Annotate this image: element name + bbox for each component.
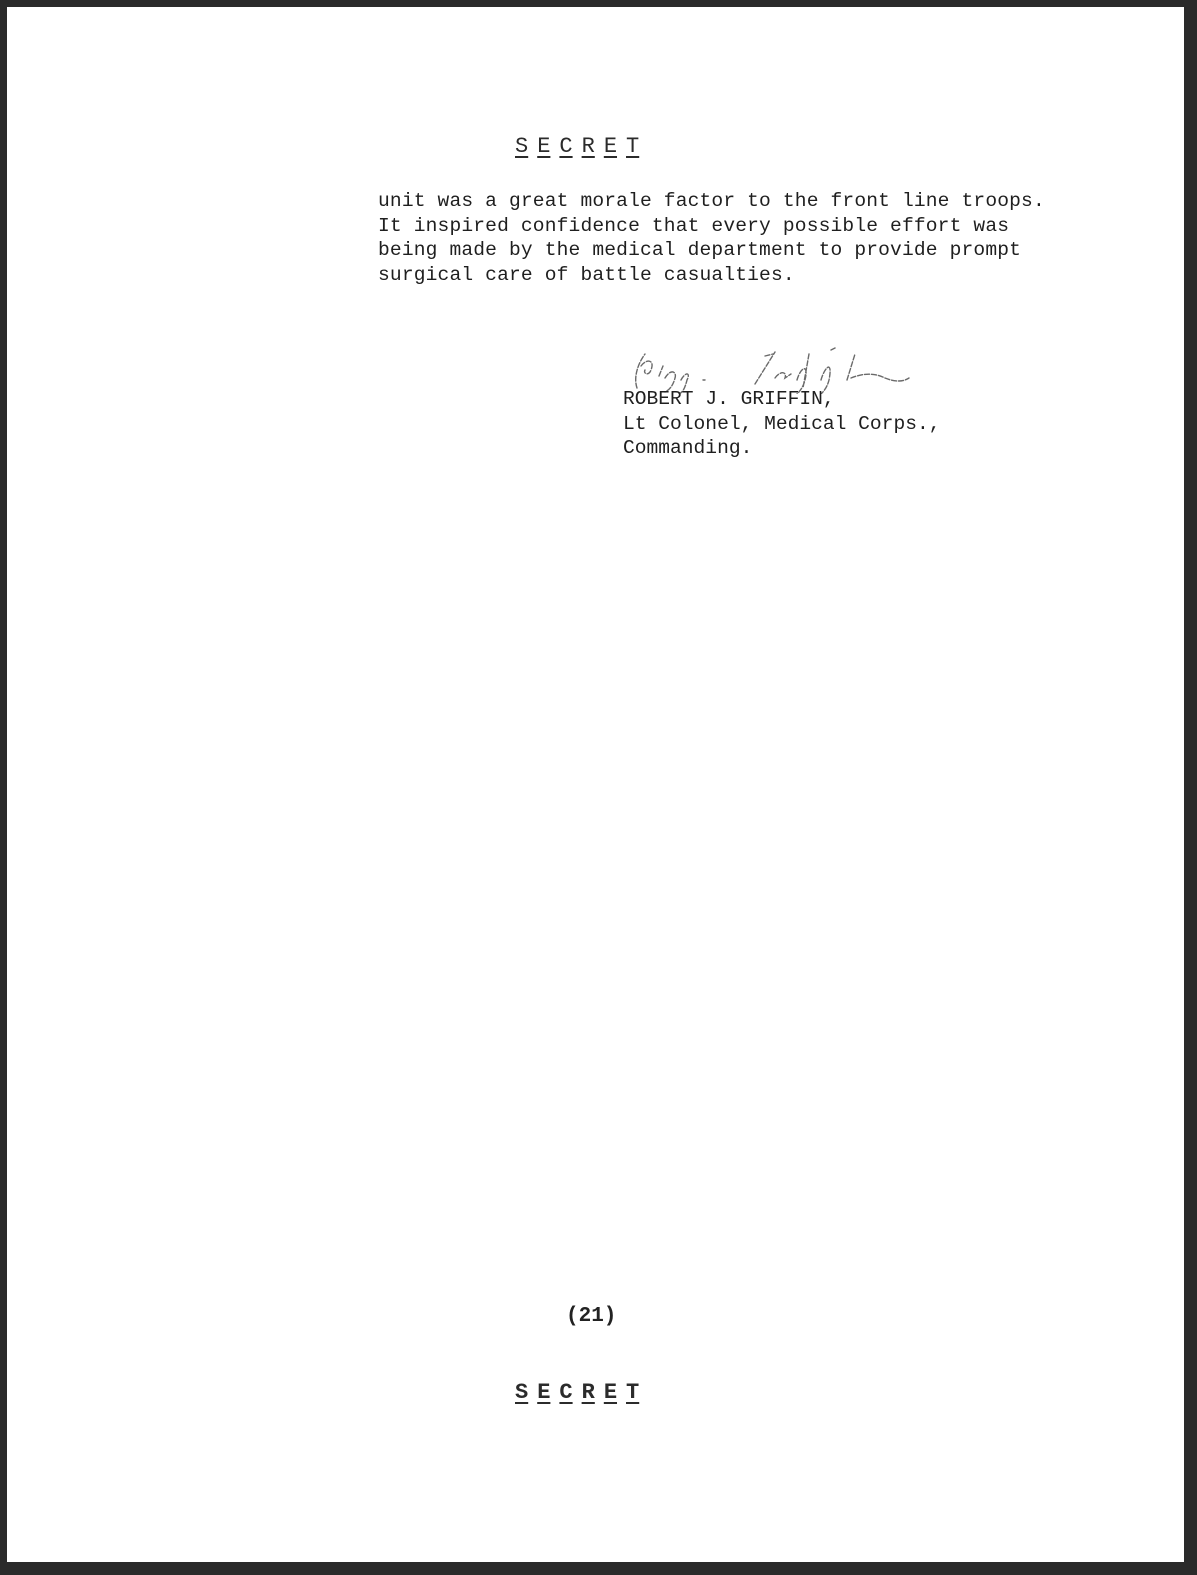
classification-letter: T bbox=[626, 134, 639, 159]
document-page: SECRET unit was a great morale factor to… bbox=[7, 7, 1184, 1562]
body-line: surgical care of battle casualties. bbox=[378, 263, 1045, 288]
body-line: being made by the medical department to … bbox=[378, 238, 1045, 263]
classification-letter: E bbox=[604, 1380, 617, 1405]
classification-footer: SECRET bbox=[515, 1380, 648, 1405]
page-number: (21) bbox=[566, 1305, 616, 1328]
body-paragraph: unit was a great morale factor to the fr… bbox=[378, 189, 1045, 287]
signer-name: ROBERT J. GRIFFIN, bbox=[623, 387, 940, 412]
classification-letter: C bbox=[559, 134, 572, 159]
classification-letter: C bbox=[559, 1380, 572, 1405]
classification-letter: T bbox=[626, 1380, 639, 1405]
classification-letter: E bbox=[604, 134, 617, 159]
signer-role: Commanding. bbox=[623, 436, 940, 461]
classification-letter: R bbox=[582, 134, 595, 159]
signer-title: Lt Colonel, Medical Corps., bbox=[623, 412, 940, 437]
classification-letter: S bbox=[515, 134, 528, 159]
body-line: unit was a great morale factor to the fr… bbox=[378, 189, 1045, 214]
classification-letter: R bbox=[582, 1380, 595, 1405]
classification-header: SECRET bbox=[515, 134, 648, 159]
classification-letter: E bbox=[537, 134, 550, 159]
classification-letter: S bbox=[515, 1380, 528, 1405]
classification-letter: E bbox=[537, 1380, 550, 1405]
body-line: It inspired confidence that every possib… bbox=[378, 214, 1045, 239]
signature-block: ROBERT J. GRIFFIN,Lt Colonel, Medical Co… bbox=[623, 387, 940, 461]
